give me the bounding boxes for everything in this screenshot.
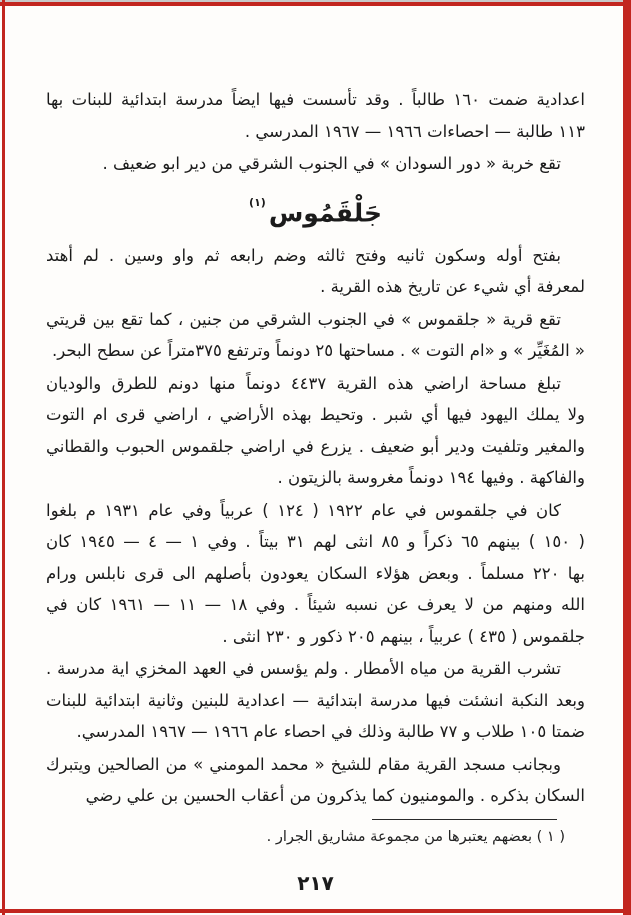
text-line: تبلغ مساحة اراضي هذه القرية ٤٤٣٧ دونماً … [46, 368, 585, 400]
text-line: تقع قرية « جلقموس » في الجنوب الشرقي من … [46, 304, 585, 336]
paragraph: تقع خربة « دور السودان » في الجنوب الشرق… [46, 148, 585, 180]
text-line: اعدادية ضمت ١٦٠ طالباً . وقد تأسست فيها … [46, 84, 585, 116]
paragraph: تبلغ مساحة اراضي هذه القرية ٤٤٣٧ دونماً … [46, 368, 585, 494]
text-line: ١١٣ طالبة — احصاءات ١٩٦٦ — ١٩٦٧ المدرسي … [46, 116, 585, 148]
text-line: ضمتا ١٠٥ طلاب و ٧٧ طالبة وذلك في احصاء ع… [46, 716, 585, 748]
paragraph: تشرب القرية من مياه الأمطار . ولم يؤسس ف… [46, 653, 585, 748]
text-line: والمغير وتلفيت ودير أبو ضعيف . يزرع في ا… [46, 431, 585, 463]
paragraph: تقع قرية « جلقموس » في الجنوب الشرقي من … [46, 304, 585, 367]
text-line: جلقموس ( ٤٣٥ ) عربياً ، بينهم ٢٠٥ ذكور و… [46, 621, 585, 653]
text-line: وبجانب مسجد القرية مقام للشيخ « محمد الم… [46, 749, 585, 781]
text-line: « المُغَيِّر » و «ام التوت » . مساحتها ٢… [46, 335, 585, 367]
text-line: الله ومنهم من لا يعرف عن نسبه شيئاً . وف… [46, 589, 585, 621]
page-border-left [2, 0, 5, 915]
intro-paragraphs: اعدادية ضمت ١٦٠ طالباً . وقد تأسست فيها … [46, 84, 585, 180]
text-line: كان في جلقموس في عام ١٩٢٢ ( ١٢٤ ) عربياً… [46, 495, 585, 527]
page-border-bottom [0, 909, 631, 913]
paragraph: اعدادية ضمت ١٦٠ طالباً . وقد تأسست فيها … [46, 84, 585, 147]
text-line: تقع خربة « دور السودان » في الجنوب الشرق… [46, 148, 585, 180]
page-border-right [623, 0, 631, 915]
text-line: والفاكهة . وفيها ١٩٤ دونماً مغروسة بالزي… [46, 462, 585, 494]
page-number: ٢١٧ [46, 868, 585, 900]
text-line: ولا يملك اليهود فيها أي شبر . وتحيط بهذه… [46, 399, 585, 431]
heading-footnote-ref: (١) [249, 196, 266, 209]
text-line: بفتح أوله وسكون ثانيه وفتح ثالثه وضم راب… [46, 240, 585, 272]
footnote-marker: ( ١ ) [537, 829, 565, 845]
text-line: بها ٢٢٠ مسلماً . وبعض هؤلاء السكان يعودو… [46, 558, 585, 590]
section-heading: جَلْقَمُوس(١) [46, 192, 585, 230]
text-line: ( ١٥٠ ) بينهم ٦٥ ذكراً و ٨٥ انثى لهم ٣١ … [46, 526, 585, 558]
book-page: اعدادية ضمت ١٦٠ طالباً . وقد تأسست فيها … [0, 0, 631, 915]
body-paragraphs: بفتح أوله وسكون ثانيه وفتح ثالثه وضم راب… [46, 240, 585, 812]
footnote-separator [372, 819, 557, 820]
footnote: ( ١ ) بعضهم يعتبرها من مجموعة مشاريق الج… [46, 826, 585, 848]
text-line: تشرب القرية من مياه الأمطار . ولم يؤسس ف… [46, 653, 585, 685]
text-line: وبعد النكبة انشئت فيها مدرسة ابتدائية — … [46, 685, 585, 717]
text-line: السكان بذكره . والمومنيون كما يذكرون من … [46, 780, 585, 812]
paragraph: كان في جلقموس في عام ١٩٢٢ ( ١٢٤ ) عربياً… [46, 495, 585, 653]
text-block: اعدادية ضمت ١٦٠ طالباً . وقد تأسست فيها … [46, 84, 585, 899]
paragraph: بفتح أوله وسكون ثانيه وفتح ثالثه وضم راب… [46, 240, 585, 303]
page-border-top [0, 2, 631, 6]
text-line: لمعرفة أي شيء عن تاريخ هذه القرية . [46, 271, 585, 303]
footnote-text: بعضهم يعتبرها من مجموعة مشاريق الجرار . [267, 829, 532, 845]
paragraph: وبجانب مسجد القرية مقام للشيخ « محمد الم… [46, 749, 585, 812]
village-name: جَلْقَمُوس [269, 198, 382, 227]
